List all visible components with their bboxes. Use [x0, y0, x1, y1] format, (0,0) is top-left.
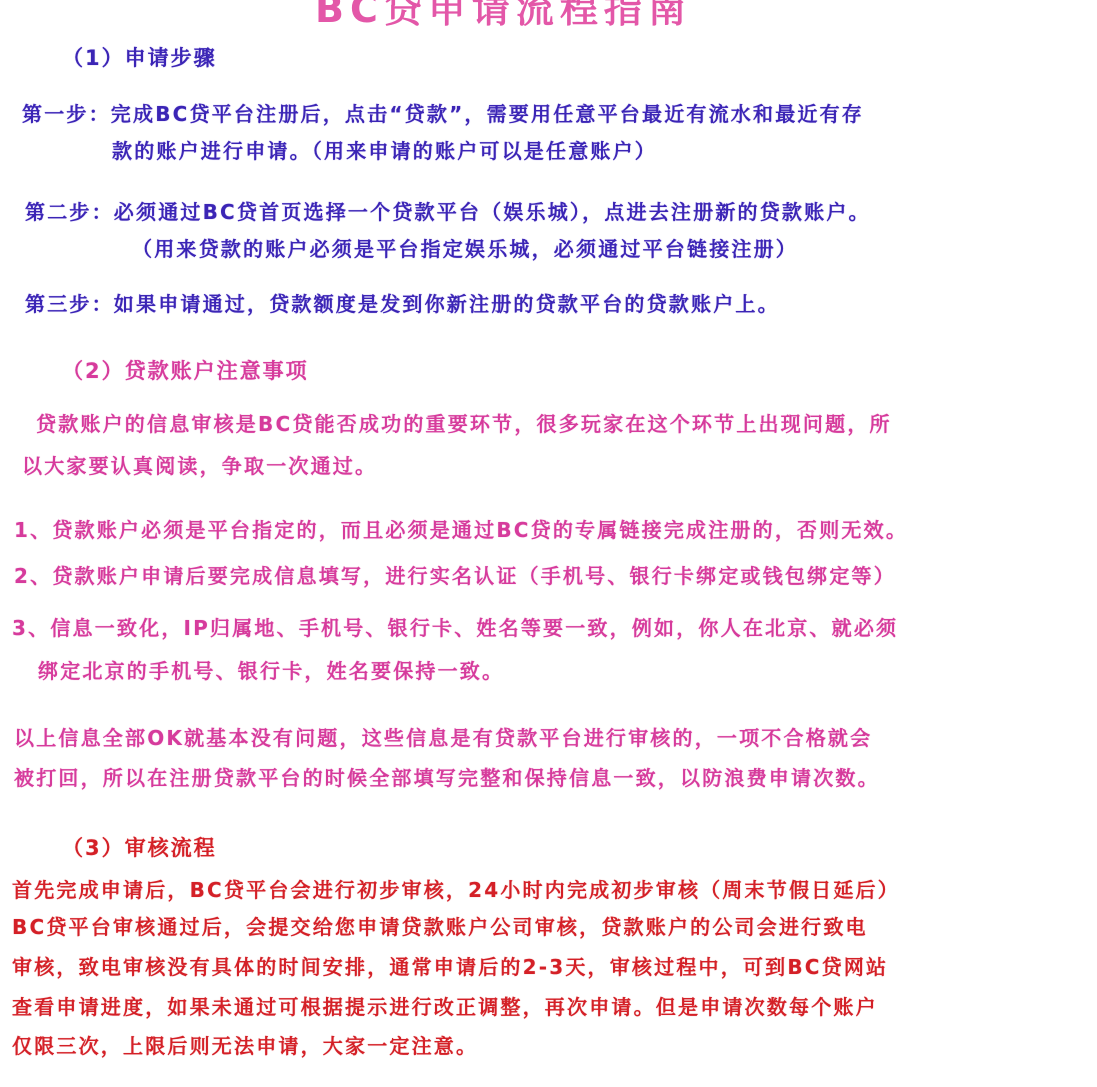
step-one-line-2: 款的账户进行申请。（用来申请的账户可以是任意账户） — [112, 135, 657, 164]
review-line-2: BC贷平台审核通过后，会提交给您申请贷款账户公司审核，贷款账户的公司会进行致电 — [12, 911, 868, 940]
step-two-line-1: 第二步：必须通过BC贷首页选择一个贷款平台（娱乐城），点进去注册新的贷款账户。 — [25, 196, 871, 225]
review-line-4: 查看申请进度，如果未通过可根据提示进行改正调整，再次申请。但是申请次数每个账户 — [12, 991, 878, 1020]
section-heading-account-notes: （2）贷款账户注意事项 — [62, 355, 309, 385]
intro-line-1: 贷款账户的信息审核是BC贷能否成功的重要环节，很多玩家在这个环节上出现问题，所 — [36, 408, 892, 437]
step-one-line-1: 第一步：完成BC贷平台注册后，点击“贷款”，需要用任意平台最近有流水和最近有存 — [22, 98, 864, 127]
review-line-5: 仅限三次，上限后则无法申请，大家一定注意。 — [12, 1030, 478, 1059]
section-heading-review-process: （3）审核流程 — [62, 832, 217, 862]
intro-line-2: 以大家要认真阅读，争取一次通过。 — [22, 450, 377, 479]
note-item-3-line-1: 3、信息一致化，IP归属地、手机号、银行卡、姓名等要一致，例如，你人在北京、就必… — [12, 612, 898, 641]
document-title: BC贷申请流程指南 — [315, 0, 692, 33]
step-two-line-2: （用来贷款的账户必须是平台指定娱乐城，必须通过平台链接注册） — [132, 233, 798, 262]
note-item-3-line-2: 绑定北京的手机号、银行卡，姓名要保持一致。 — [38, 655, 504, 684]
note-item-2: 2、贷款账户申请后要完成信息填写，进行实名认证（手机号、银行卡绑定或钱包绑定等） — [14, 560, 896, 589]
review-line-1: 首先完成申请后，BC贷平台会进行初步审核，24小时内完成初步审核（周末节假日延后… — [12, 874, 900, 903]
summary-line-2: 被打回，所以在注册贷款平台的时候全部填写完整和保持信息一致，以防浪费申请次数。 — [14, 762, 880, 791]
note-item-1: 1、贷款账户必须是平台指定的，而且必须是通过BC贷的专属链接完成注册的，否则无效… — [14, 514, 908, 543]
step-three-line: 第三步：如果申请通过，贷款额度是发到你新注册的贷款平台的贷款账户上。 — [25, 288, 780, 317]
review-line-3: 审核，致电审核没有具体的时间安排，通常申请后的2-3天，审核过程中，可到BC贷网… — [12, 951, 888, 980]
summary-line-1: 以上信息全部OK就基本没有问题，这些信息是有贷款平台进行审核的，一项不合格就会 — [14, 722, 872, 751]
section-heading-application-steps: （1）申请步骤 — [62, 42, 217, 72]
